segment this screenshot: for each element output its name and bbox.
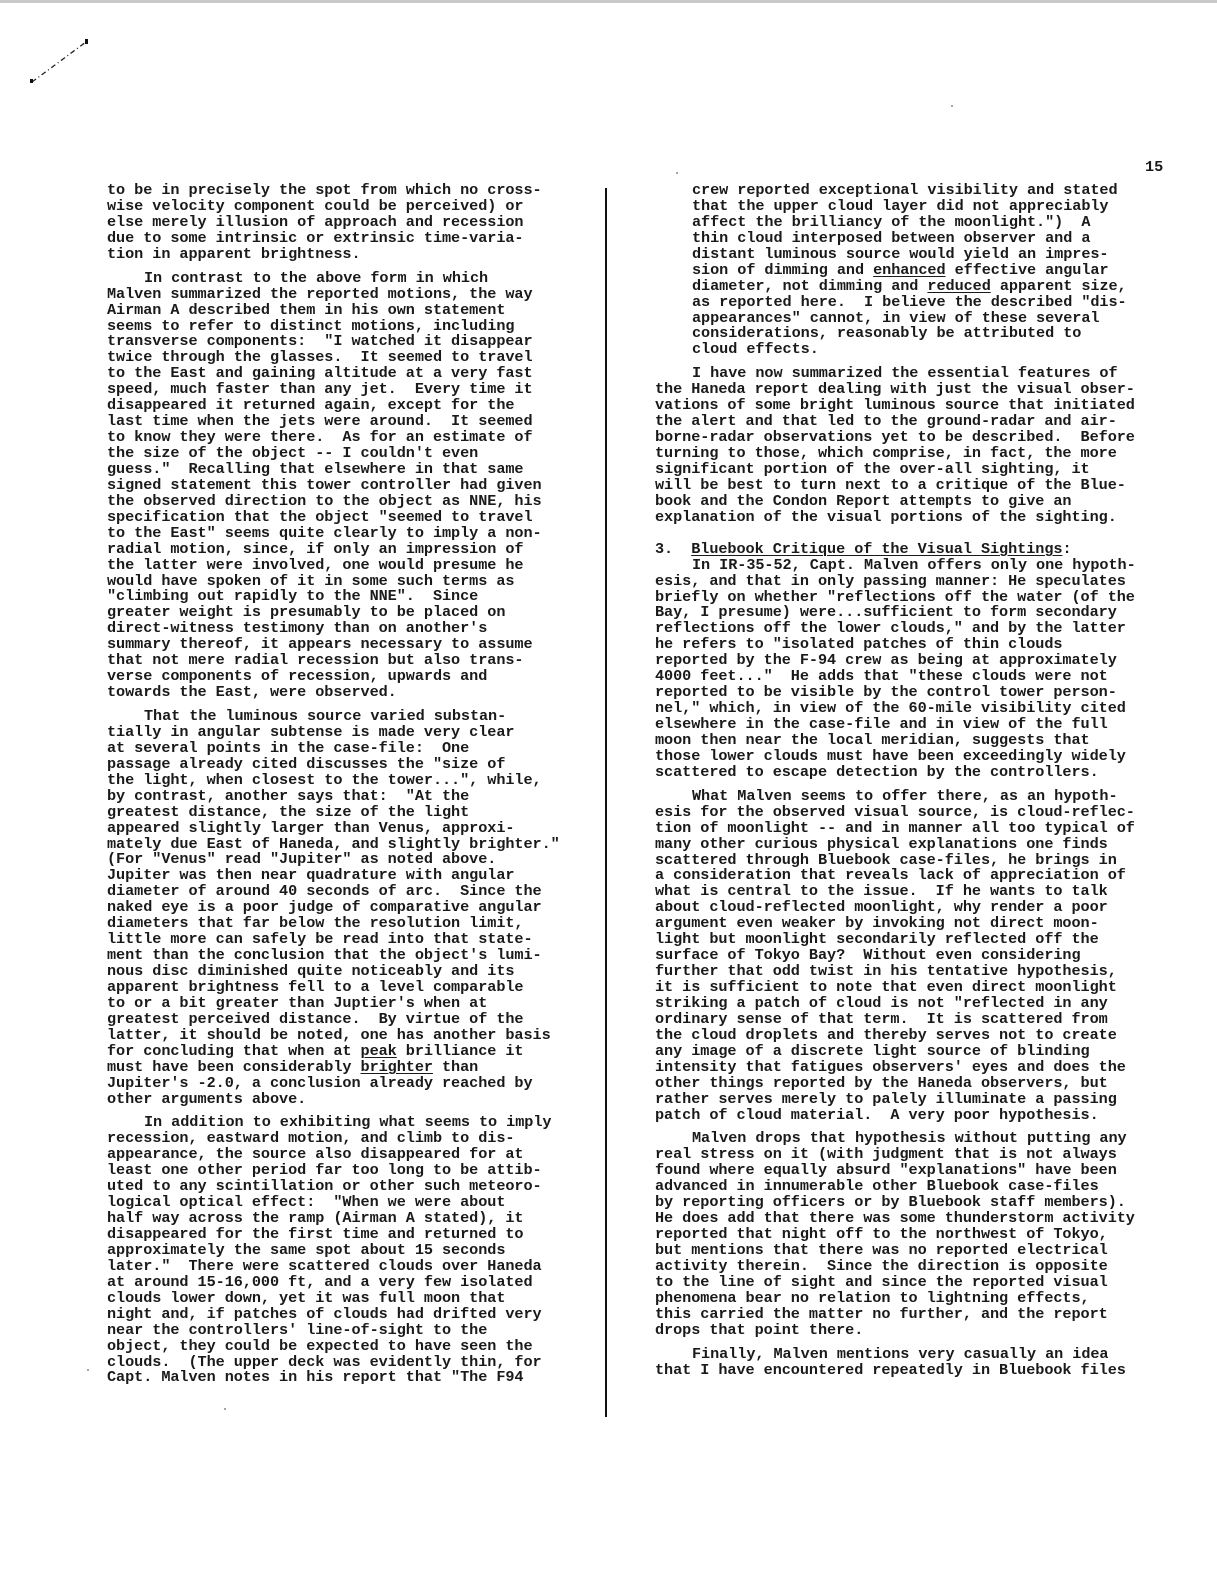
paragraph: That the luminous source varied substan-…: [107, 709, 597, 1107]
paragraph: Malven drops that hypothesis without put…: [655, 1131, 1175, 1338]
scan-speck: [676, 172, 678, 174]
pen-mark-icon: [28, 32, 98, 87]
text-line: explanation of the visual portions of th…: [655, 510, 1175, 526]
underlined-emphasis: reduced: [927, 277, 990, 295]
left-column: to be in precisely the spot from which n…: [107, 183, 597, 1386]
text-line: tion in apparent brightness.: [107, 247, 597, 263]
scan-speck: [87, 1369, 89, 1371]
text-line: that I have encountered repeatedly in Bl…: [655, 1363, 1175, 1379]
paragraph: to be in precisely the spot from which n…: [107, 183, 597, 263]
section-title: Bluebook Critique of the Visual Sighting…: [691, 540, 1062, 558]
right-column: crew reported exceptional visibility and…: [655, 183, 1175, 1379]
paragraph: Finally, Malven mentions very casually a…: [655, 1347, 1175, 1379]
text-line: patch of cloud material. A very poor hyp…: [655, 1108, 1175, 1124]
text-line: towards the East, were observed.: [107, 685, 597, 701]
text-line: scattered to escape detection by the con…: [655, 765, 1175, 781]
section-number: 3.: [655, 540, 691, 558]
underlined-emphasis: brighter: [361, 1058, 433, 1076]
scan-speck: [224, 1408, 226, 1410]
page-number: 15: [1145, 158, 1163, 176]
paragraph: In addition to exhibiting what seems to …: [107, 1115, 597, 1386]
text-line: drops that point there.: [655, 1323, 1175, 1339]
paragraph: What Malven seems to offer there, as an …: [655, 789, 1175, 1124]
text-line: Capt. Malven notes in his report that "T…: [107, 1370, 597, 1386]
section-suffix: :: [1062, 540, 1071, 558]
text-line: other arguments above.: [107, 1092, 597, 1108]
top-border: [0, 0, 1217, 3]
paragraph: In IR-35-52, Capt. Malven offers only on…: [655, 558, 1175, 781]
scan-speck: [951, 105, 953, 107]
paragraph: crew reported exceptional visibility and…: [655, 183, 1175, 358]
column-divider: [605, 188, 607, 1417]
text-line: cloud effects.: [655, 342, 1175, 358]
paragraph: I have now summarized the essential feat…: [655, 366, 1175, 525]
paragraph: In contrast to the above form in whichMa…: [107, 271, 597, 701]
